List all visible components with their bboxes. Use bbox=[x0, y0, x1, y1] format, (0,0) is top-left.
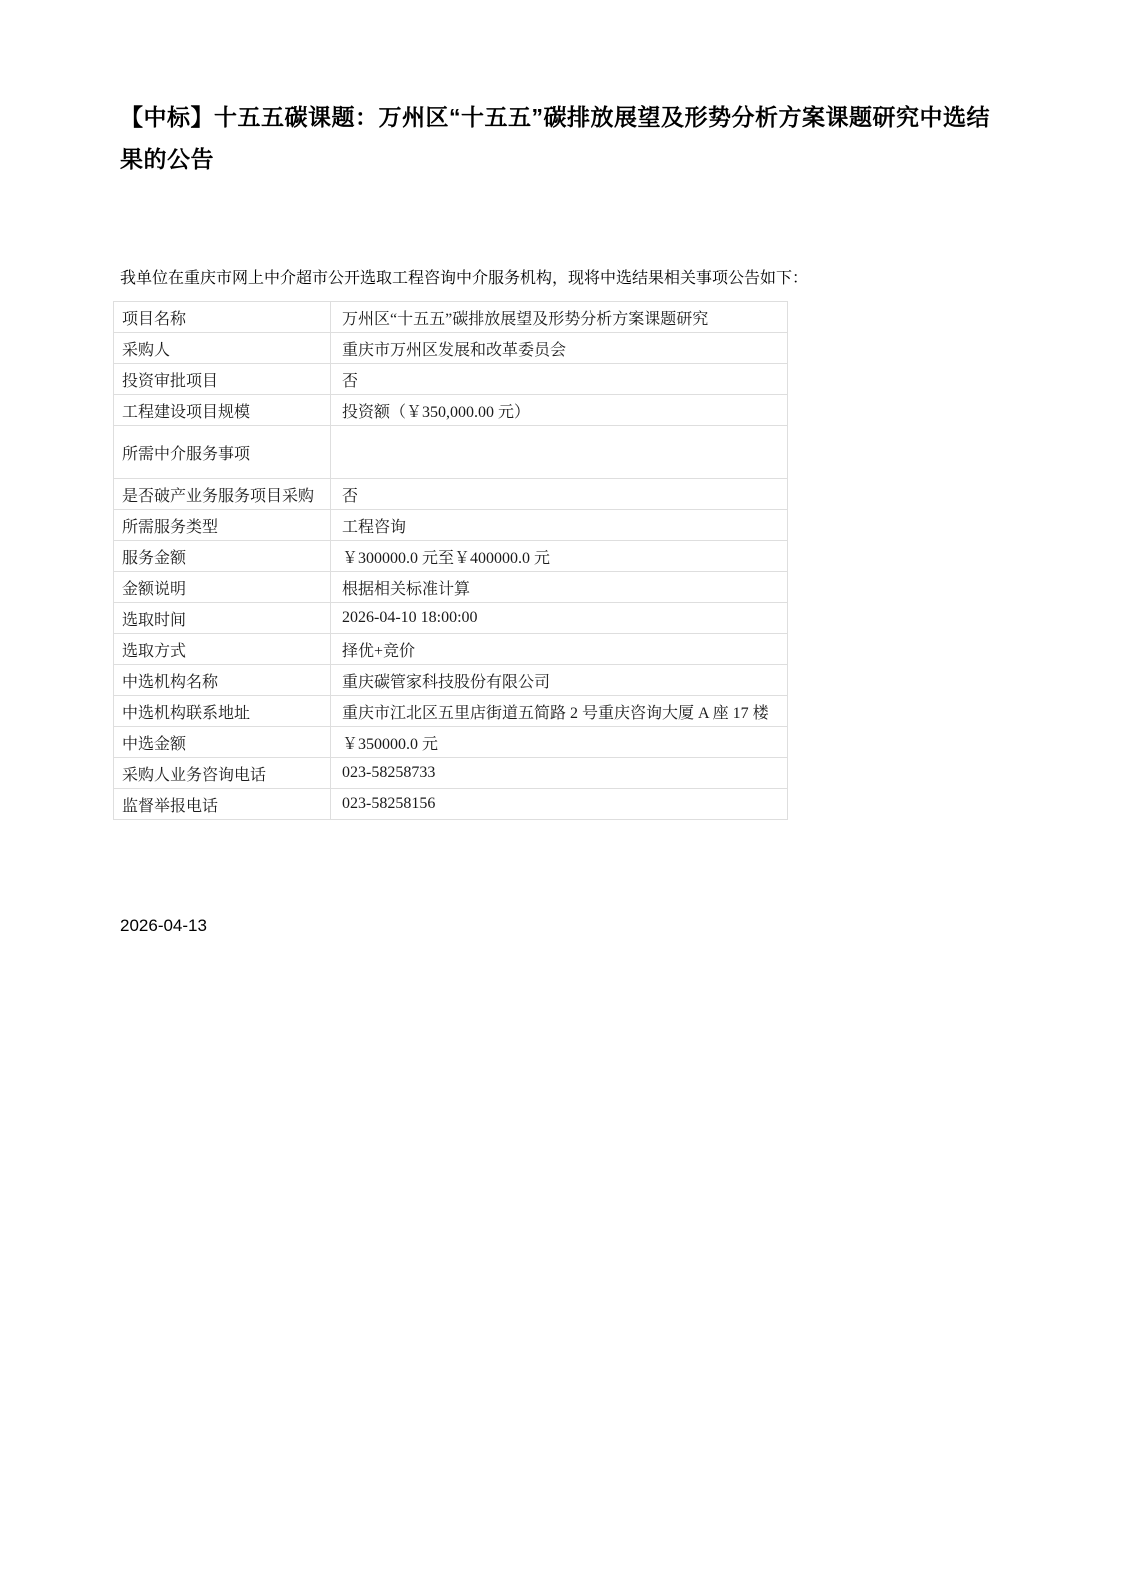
row-value: 万州区“十五五”碳排放展望及形势分析方案课题研究 bbox=[331, 302, 788, 333]
row-value: 重庆碳管家科技股份有限公司 bbox=[331, 665, 788, 696]
row-value: 投资额（￥350,000.00 元） bbox=[331, 395, 788, 426]
table-row-service-type: 所需服务类型 工程咨询 bbox=[114, 510, 788, 541]
row-label: 金额说明 bbox=[114, 572, 331, 603]
publish-date: 2026-04-13 bbox=[120, 916, 1012, 936]
intro-text: 我单位在重庆市网上中介超市公开选取工程咨询中介服务机构，现将中选结果相关事项公告… bbox=[120, 268, 1012, 290]
row-value: ￥350000.0 元 bbox=[331, 727, 788, 758]
row-label: 工程建设项目规模 bbox=[114, 395, 331, 426]
row-value: 重庆市万州区发展和改革委员会 bbox=[331, 333, 788, 364]
table-row-project-name: 项目名称 万州区“十五五”碳排放展望及形势分析方案课题研究 bbox=[114, 302, 788, 333]
table-row-service-amount: 服务金额 ￥300000.0 元至￥400000.0 元 bbox=[114, 541, 788, 572]
row-value bbox=[331, 426, 788, 479]
row-label: 项目名称 bbox=[114, 302, 331, 333]
result-info-table: 项目名称 万州区“十五五”碳排放展望及形势分析方案课题研究 采购人 重庆市万州区… bbox=[113, 301, 788, 820]
row-value: 重庆市江北区五里店街道五简路 2 号重庆咨询大厦 A 座 17 楼 bbox=[331, 696, 788, 727]
row-label: 选取时间 bbox=[114, 603, 331, 634]
table-row-purchaser-phone: 采购人业务咨询电话 023-58258733 bbox=[114, 758, 788, 789]
table-row-purchaser: 采购人 重庆市万州区发展和改革委员会 bbox=[114, 333, 788, 364]
row-value: 工程咨询 bbox=[331, 510, 788, 541]
row-value: 023-58258733 bbox=[331, 758, 788, 789]
row-label: 监督举报电话 bbox=[114, 789, 331, 820]
table-row-selection-method: 选取方式 择优+竞价 bbox=[114, 634, 788, 665]
row-value: 根据相关标准计算 bbox=[331, 572, 788, 603]
row-label: 中选机构联系地址 bbox=[114, 696, 331, 727]
row-label: 中选金额 bbox=[114, 727, 331, 758]
table-row-winner-name: 中选机构名称 重庆碳管家科技股份有限公司 bbox=[114, 665, 788, 696]
table-row-required-service-items: 所需中介服务事项 bbox=[114, 426, 788, 479]
row-label: 选取方式 bbox=[114, 634, 331, 665]
row-label: 是否破产业务服务项目采购 bbox=[114, 479, 331, 510]
row-value: 2026-04-10 18:00:00 bbox=[331, 603, 788, 634]
row-value: ￥300000.0 元至￥400000.0 元 bbox=[331, 541, 788, 572]
row-value: 023-58258156 bbox=[331, 789, 788, 820]
table-row-investment-approval: 投资审批项目 否 bbox=[114, 364, 788, 395]
row-value: 否 bbox=[331, 479, 788, 510]
row-value: 择优+竞价 bbox=[331, 634, 788, 665]
row-label: 采购人业务咨询电话 bbox=[114, 758, 331, 789]
row-label: 投资审批项目 bbox=[114, 364, 331, 395]
row-value: 否 bbox=[331, 364, 788, 395]
row-label: 服务金额 bbox=[114, 541, 331, 572]
table-row-supervision-phone: 监督举报电话 023-58258156 bbox=[114, 789, 788, 820]
table-row-bankruptcy-service: 是否破产业务服务项目采购 否 bbox=[114, 479, 788, 510]
table-row-winner-address: 中选机构联系地址 重庆市江北区五里店街道五简路 2 号重庆咨询大厦 A 座 17… bbox=[114, 696, 788, 727]
row-label: 所需服务类型 bbox=[114, 510, 331, 541]
row-label: 中选机构名称 bbox=[114, 665, 331, 696]
row-label: 采购人 bbox=[114, 333, 331, 364]
table-row-selection-time: 选取时间 2026-04-10 18:00:00 bbox=[114, 603, 788, 634]
table-row-winning-amount: 中选金额 ￥350000.0 元 bbox=[114, 727, 788, 758]
page-title: 【中标】十五五碳课题：万州区“十五五”碳排放展望及形势分析方案课题研究中选结果的… bbox=[120, 96, 1005, 180]
row-label: 所需中介服务事项 bbox=[114, 426, 331, 479]
announcement-page: 【中标】十五五碳课题：万州区“十五五”碳排放展望及形势分析方案课题研究中选结果的… bbox=[0, 0, 1122, 996]
table-row-amount-note: 金额说明 根据相关标准计算 bbox=[114, 572, 788, 603]
table-row-project-scale: 工程建设项目规模 投资额（￥350,000.00 元） bbox=[114, 395, 788, 426]
